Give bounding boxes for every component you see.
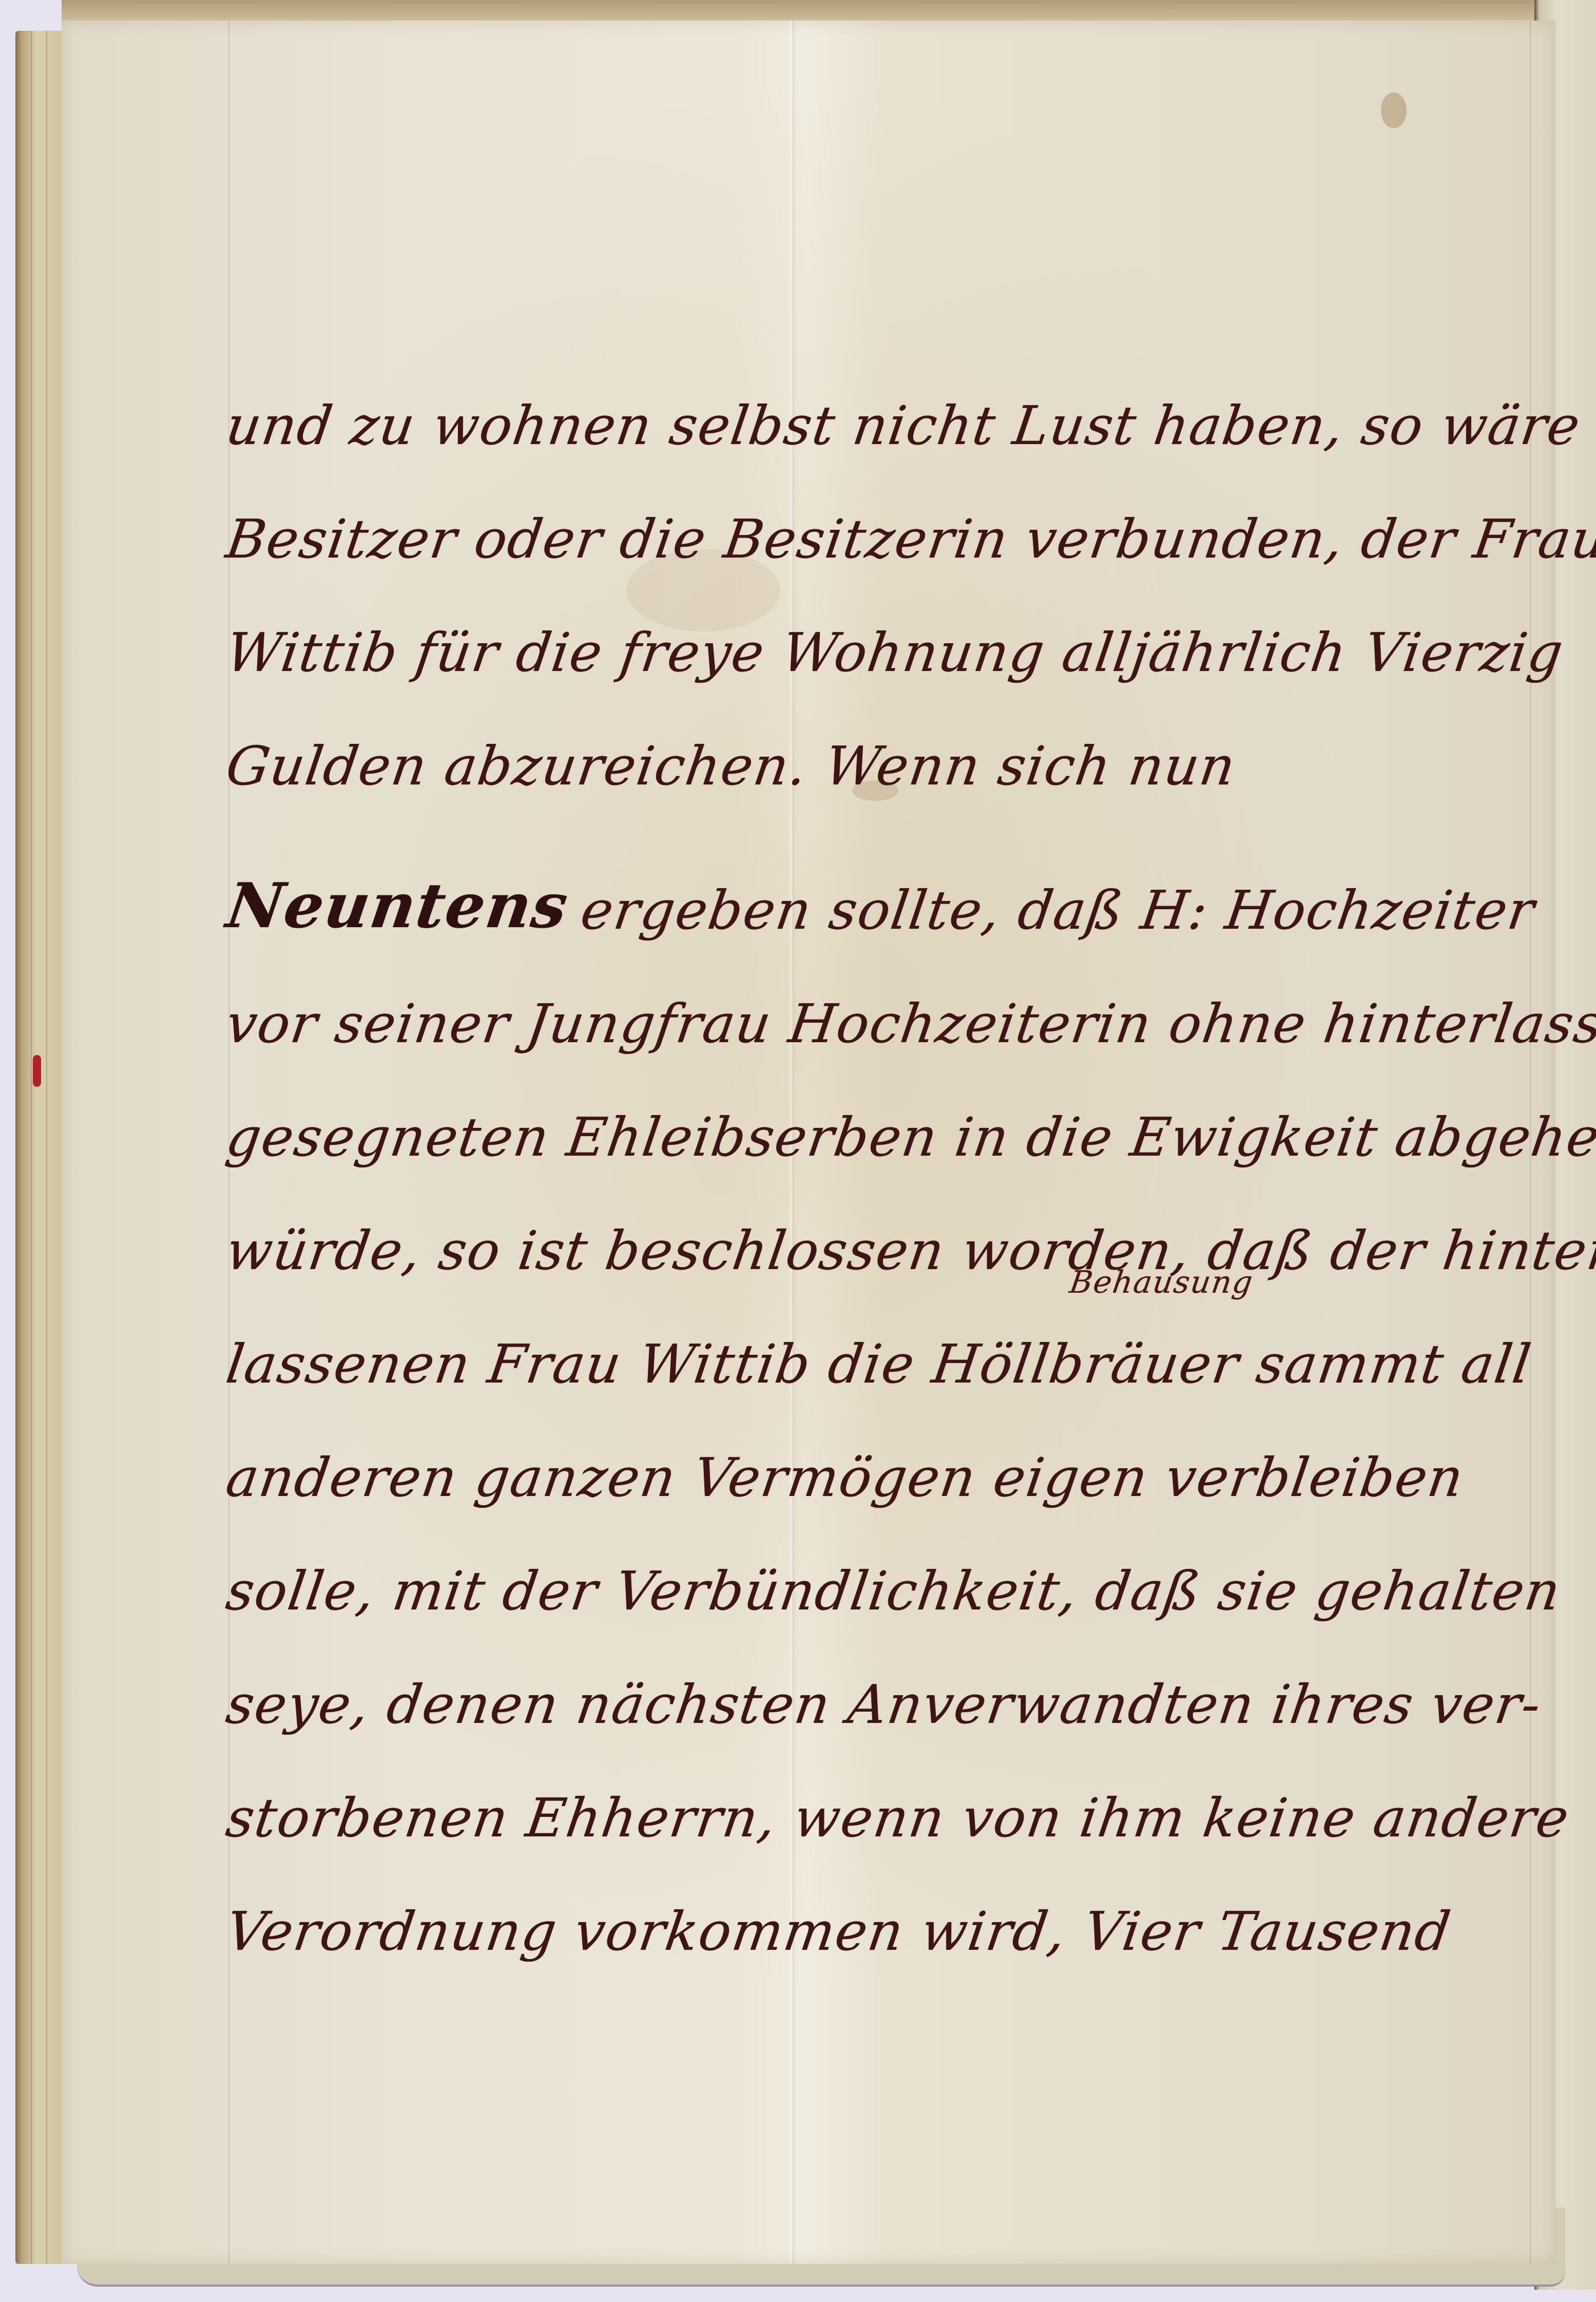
top-page-edge <box>62 0 1561 21</box>
line-text: Besitzer oder die Besitzerin verbunden, … <box>223 512 1596 566</box>
interlinear-insertion: Behausung <box>1068 1267 1256 1298</box>
line-text: gesegneten Ehleibserben in die Ewigkeit … <box>223 1110 1596 1164</box>
manuscript-line: solle, mit der Verbündlichkeit, daß sie … <box>223 1504 1532 1618</box>
manuscript-line: und zu wohnen selbst nicht Lust haben, s… <box>223 339 1532 452</box>
manuscript-page: und zu wohnen selbst nicht Lust haben, s… <box>62 21 1555 2264</box>
line-text: vor seiner Jungfrau Hochzeiterin ohne hi… <box>223 997 1596 1050</box>
line-text: solle, mit der Verbündlichkeit, daß sie … <box>223 1564 1564 1618</box>
line-text: würde, so ist beschlossen worden, daß de… <box>223 1224 1596 1277</box>
manuscript-line: würde, so ist beschlossen worden, daß de… <box>223 1164 1532 1277</box>
foxing-stain <box>1381 92 1407 128</box>
manuscript-line: Verordnung vorkommen wird, Vier Tausend <box>223 1845 1532 1958</box>
line-text: Gulden abzureichen. Wenn sich nun <box>223 739 1239 793</box>
manuscript-line: Wittib für die freye Wohnung alljährlich… <box>223 566 1532 679</box>
page-edge-line <box>31 31 32 2264</box>
manuscript-line: Gulden abzureichen. Wenn sich nun <box>223 679 1532 793</box>
manuscript-line: anderen ganzen Vermögen eigen verbleiben <box>223 1391 1532 1504</box>
line-text: storbenen Ehherrn, wenn von ihm keine an… <box>223 1791 1572 1845</box>
manuscript-line: seye, denen nächsten Anverwandten ihres … <box>223 1618 1532 1731</box>
manuscript-line: gesegneten Ehleibserben in die Ewigkeit … <box>223 1050 1532 1164</box>
line-text: seye, denen nächsten Anverwandten ihres … <box>223 1678 1545 1731</box>
line-text: anderen ganzen Vermögen eigen verbleiben <box>223 1451 1467 1504</box>
line-text: ergeben sollte, daß H: Hochzeiter <box>578 884 1539 937</box>
manuscript-text: und zu wohnen selbst nicht Lust haben, s… <box>231 339 1525 1958</box>
line-text: Verordnung vorkommen wird, Vier Tausend <box>223 1905 1454 1958</box>
manuscript-line: Behausung lassenen Frau Wittib die Höllb… <box>223 1277 1532 1391</box>
line-text: lassenen Frau Wittib die Höllbräuer samm… <box>223 1337 1534 1391</box>
page-edge-line <box>46 31 47 2264</box>
manuscript-line: vor seiner Jungfrau Hochzeiterin ohne hi… <box>223 937 1532 1050</box>
manuscript-line-section-start: Neuntens ergeben sollte, daß H: Hochzeit… <box>223 823 1532 937</box>
line-text: Wittib für die freye Wohnung alljährlich… <box>223 626 1567 679</box>
red-wax-mark <box>33 1055 41 1087</box>
manuscript-line: Besitzer oder die Besitzerin verbunden, … <box>223 452 1532 566</box>
section-heading-word: Neuntens <box>223 875 572 937</box>
manuscript-line: storbenen Ehherrn, wenn von ihm keine an… <box>223 1731 1532 1845</box>
line-text: und zu wohnen selbst nicht Lust haben, s… <box>223 399 1596 452</box>
